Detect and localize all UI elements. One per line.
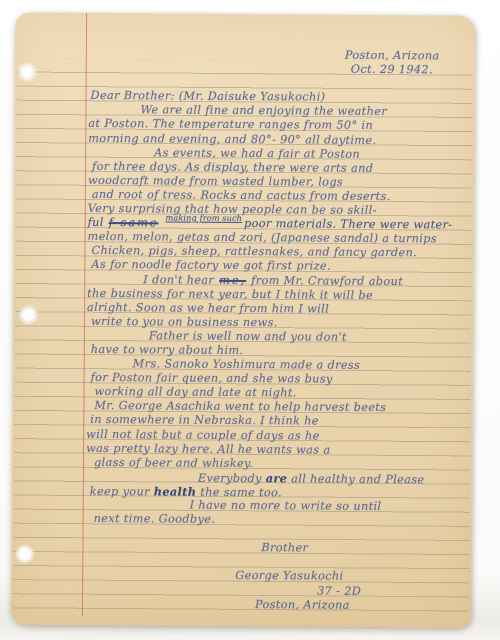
struck-out-words: f same: [109, 216, 159, 229]
handwriting-line: glass of beer and whiskey.: [86, 456, 470, 473]
punch-hole-bottom: [17, 546, 32, 561]
edit-pre: Everybody: [198, 472, 266, 485]
punch-hole-middle: [21, 307, 36, 322]
edit-post: poor materials. There were water-: [244, 217, 453, 231]
edit-pre: keep your: [90, 485, 154, 498]
edit-post: from Mr. Crawford about: [251, 274, 403, 288]
overwritten-word: health: [154, 484, 197, 498]
handwriting-line-overwritten: keep your health the same too.: [86, 484, 470, 501]
edit-post: all healthy and Please: [287, 472, 424, 486]
edit-pre: ful: [88, 216, 104, 229]
letter-page: Poston, Arizona Oct. 29 1942. Dear Broth…: [11, 12, 475, 627]
struck-out-word: me,: [219, 273, 246, 286]
handwriting-line: next time. Goodbye.: [86, 512, 470, 529]
signature-place: Poston, Arizona: [85, 597, 469, 614]
punch-hole-top: [20, 64, 35, 79]
edit-pre: I don't hear: [143, 273, 214, 286]
inserted-words: making from such: [165, 211, 242, 226]
handwriting-line: morning and evening, and 80°- 90° all da…: [88, 131, 472, 148]
letter-content: Poston, Arizona Oct. 29 1942. Dear Broth…: [85, 47, 473, 613]
handwriting-line: write to you on business news.: [87, 315, 471, 332]
edit-post: the same too.: [196, 486, 282, 500]
overwritten-word: are: [266, 471, 288, 485]
scanned-letter: Poston, Arizona Oct. 29 1942. Dear Broth…: [0, 0, 500, 640]
